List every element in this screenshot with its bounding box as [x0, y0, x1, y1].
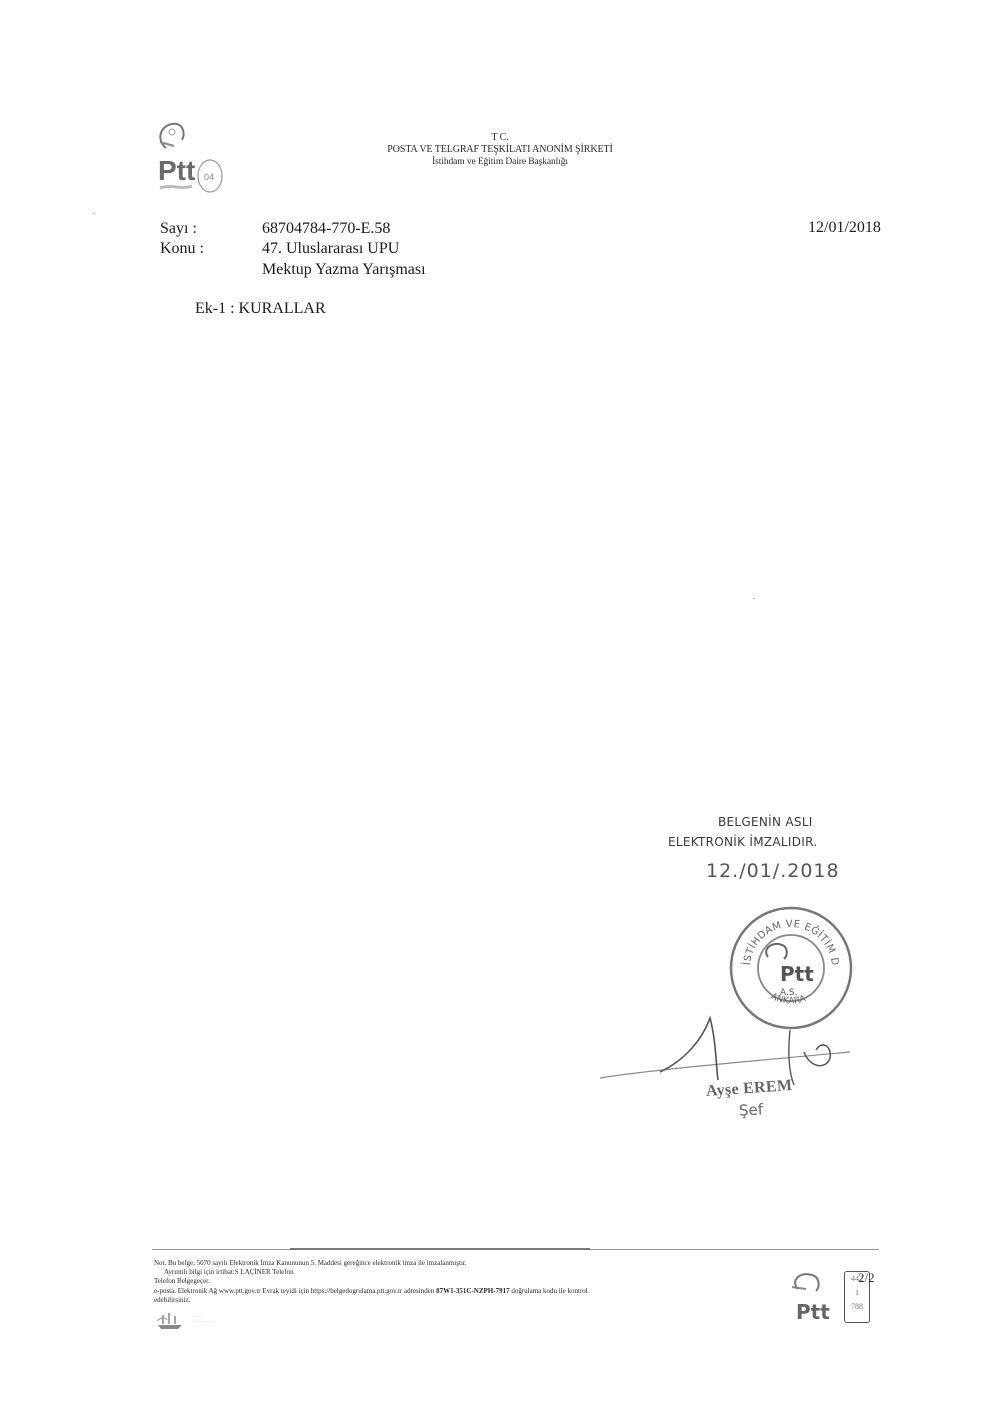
- stamp-line1: BELGENİN ASLI: [718, 815, 813, 829]
- ptt-logo-icon: Ptt 04: [152, 118, 232, 196]
- footer-divider-accent: [290, 1248, 590, 1250]
- footer-logo-caption: —— ———— —— ——: [192, 1314, 215, 1324]
- counter-mid: 1: [845, 1286, 869, 1300]
- footer-ship-logo-icon: [155, 1311, 185, 1331]
- stamp-line2: ELEKTRONİK İMZALIDIR.: [668, 835, 817, 849]
- footer-verification-end: edebilirsiniz.: [154, 1296, 190, 1305]
- footer-note: Not. Bu belge, 5070 sayılı Elektronik İm…: [154, 1259, 467, 1268]
- svg-text:A.S.: A.S.: [780, 988, 797, 998]
- footer-verification-suffix: doğrulama kodu ile kontrol: [510, 1287, 588, 1295]
- footer-verification: e-posta. Elektronik Ağ www.ptt.gov.tr Ev…: [154, 1287, 588, 1296]
- footer-fax: Telefon Belgegeçer.: [154, 1277, 210, 1286]
- konu-value-line2: Mektup Yazma Yarışması: [262, 260, 426, 280]
- footer-verification-text: e-posta. Elektronik Ağ www.ptt.gov.tr Ev…: [154, 1287, 436, 1295]
- signer-title: Şef: [739, 1100, 764, 1119]
- letterhead-line1: T C.: [300, 132, 700, 144]
- konu-label: Konu :: [160, 239, 204, 259]
- svg-text:Ptt: Ptt: [158, 155, 195, 186]
- svg-text:Ptt: Ptt: [796, 1300, 830, 1324]
- sayi-label: Sayı :: [160, 219, 197, 239]
- sayi-value: 68704784-770-E.58: [262, 219, 390, 239]
- konu-value-line1: 47. Uluslararası UPU: [262, 239, 399, 259]
- stamp-date: 12./01/.2018: [706, 860, 840, 882]
- ptt-footer-logo-icon: Ptt: [788, 1265, 852, 1325]
- footer-contact: Ayrıntılı bilgi için irtibat:S LAÇİNER T…: [164, 1268, 294, 1277]
- scan-speck: [93, 213, 95, 214]
- counter-bottom: 788: [845, 1300, 869, 1314]
- letterhead-company: POSTA VE TELGRAF TEŞKİLATI ANONİM ŞİRKET…: [300, 144, 700, 156]
- letterhead-department: İstihdam ve Eğitim Daire Başkanlığı: [300, 156, 700, 168]
- attachment-title: Ek-1 : KURALLAR: [195, 300, 326, 318]
- scan-speck: [753, 598, 755, 599]
- verification-code: 87W1-351C-NZPH-7917: [436, 1287, 510, 1295]
- svg-text:Ptt: Ptt: [780, 962, 814, 986]
- document-date: 12/01/2018: [808, 219, 881, 237]
- letterhead: T C. POSTA VE TELGRAF TEŞKİLATI ANONİM Ş…: [300, 132, 700, 168]
- svg-text:04: 04: [204, 172, 214, 182]
- page-number: 2/2: [858, 1270, 875, 1286]
